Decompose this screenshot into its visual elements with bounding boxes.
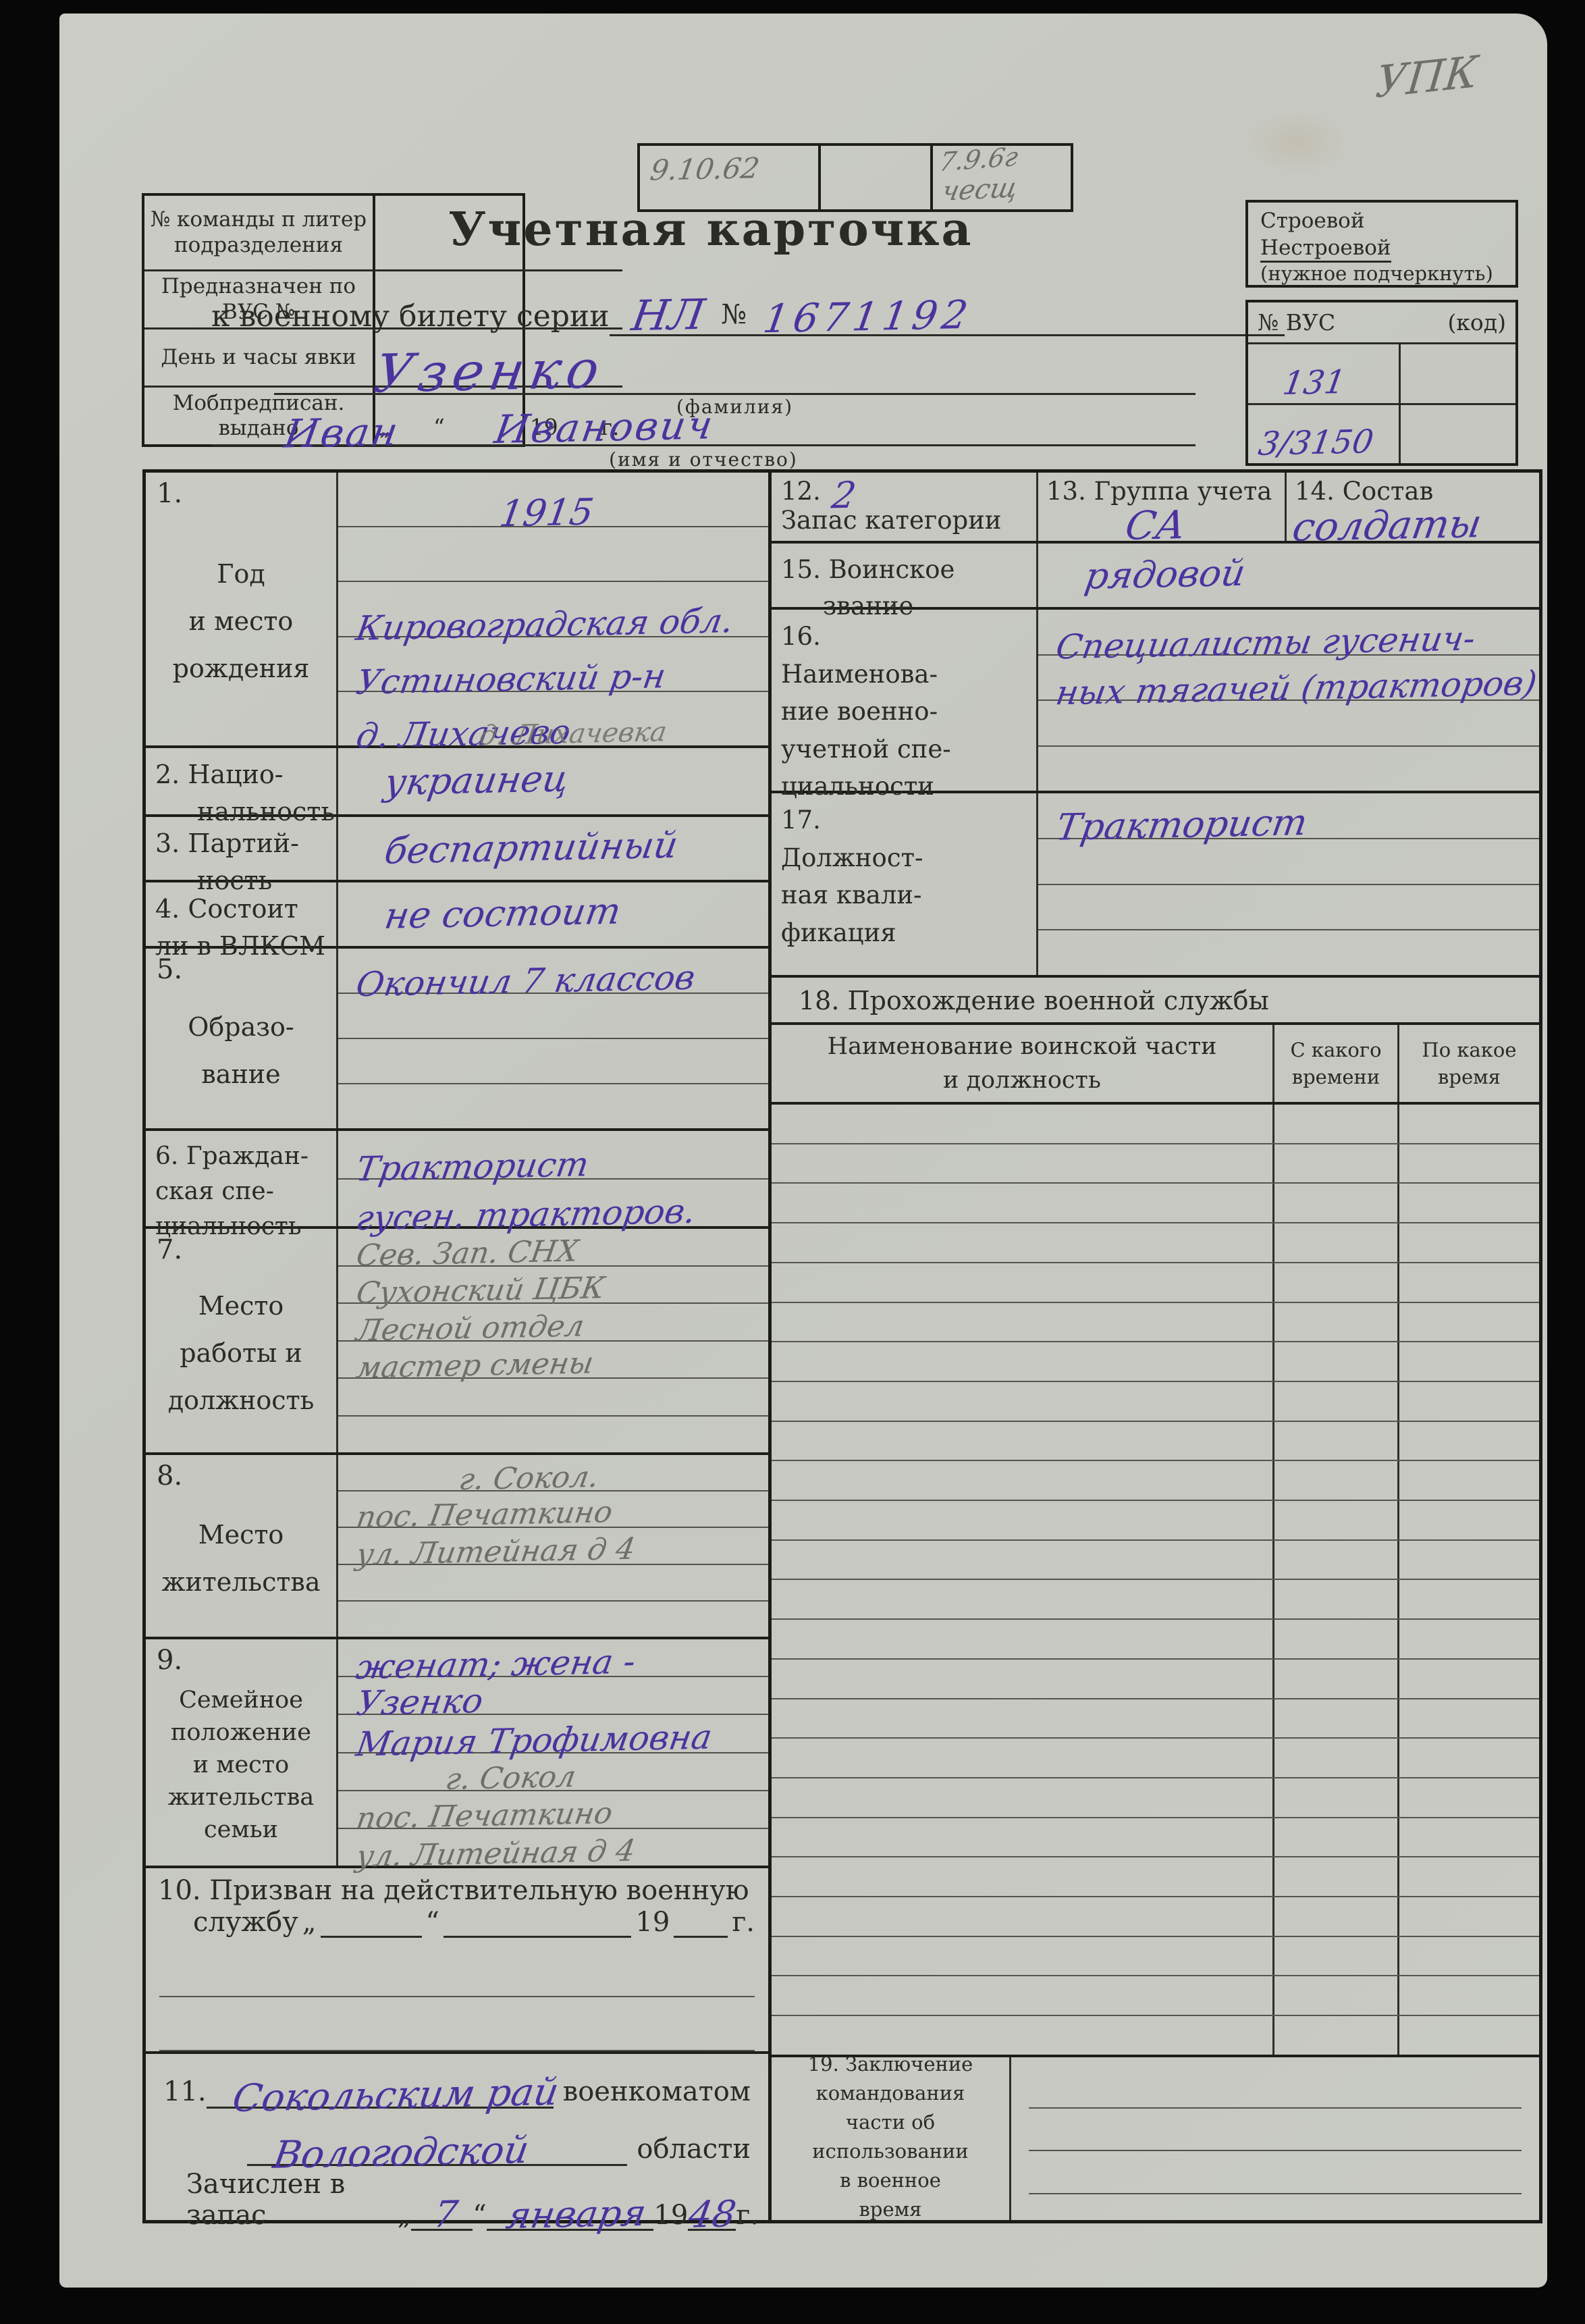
- reserve-year: 48: [686, 2192, 739, 2236]
- section-9-label-line1: Семейное: [146, 1687, 336, 1714]
- name-line: Иван Иванович: [211, 393, 1196, 446]
- section-5-education: 5. Образо- вание Окончил 7 классов: [146, 949, 768, 1131]
- section-7-label-line2: работы и: [146, 1338, 336, 1368]
- reserve-label: Зачислен в запас: [186, 2169, 391, 2231]
- vus-value-cell: 131: [1248, 344, 1399, 405]
- service-col-to-line1: По какое: [1399, 1038, 1539, 1061]
- section-13-label: 13. Группа учета: [1046, 477, 1285, 506]
- service-col-to: По какое время: [1399, 1025, 1539, 1102]
- section-19-label-line6: время: [772, 2198, 1009, 2221]
- section-6-values: Тракторист гусен. тракторов.: [338, 1131, 768, 1226]
- scan-background: УПК 9.10.62 7.9.6г чесщ № команды п лите…: [0, 0, 1585, 2324]
- oblast-name: Вологодской: [270, 2128, 532, 2177]
- section-9-label: 9. Семейное положение и место жительства…: [146, 1639, 338, 1866]
- rank-value: рядовой: [1036, 558, 1247, 592]
- section-12-label: Запас категории: [781, 506, 1036, 535]
- section-3-party: 3. Партий- ность беспартийный: [146, 817, 768, 882]
- date-stamp-box: 9.10.62 7.9.6г чесщ: [637, 143, 1073, 212]
- section-16-values: Специалисты гусенич- ных тягачей (тракто…: [1038, 610, 1539, 791]
- reserve-month: января: [503, 2192, 649, 2237]
- service-table-body: [772, 1105, 1539, 2055]
- section-2-value: украинец: [338, 748, 768, 814]
- reserve-year19: 19: [653, 2200, 688, 2231]
- section-7-workplace: 7. Место работы и должность Сев. Зап. СН…: [146, 1229, 768, 1455]
- section-13-group: 13. Группа учета СА: [1038, 473, 1287, 541]
- section-17-label-line3: фикация: [781, 914, 1031, 952]
- section-16-number: 16.: [781, 618, 1031, 656]
- service-col-to-line2: время: [1399, 1065, 1539, 1088]
- section-2-nationality: 2. Нацио- нальность украинец: [146, 748, 768, 817]
- section-8-values: г. Сокол. пос. Печаткино ул. Литейная д …: [338, 1455, 768, 1637]
- oblast-label: области: [627, 2134, 755, 2166]
- section-1-number: 1.: [146, 473, 336, 509]
- section-7-label: 7. Место работы и должность: [146, 1229, 338, 1452]
- service-col-from-line2: времени: [1274, 1065, 1397, 1088]
- section-2-label: 2. Нацио- нальность: [146, 748, 338, 814]
- section-11-enlistment: 11. Сокольским рай военкоматом Вологодск…: [146, 2054, 768, 2220]
- section-6-label: 6. Граждан- ская спе- циальность: [146, 1131, 338, 1226]
- section-6-civil-specialty: 6. Граждан- ская спе- циальность Трактор…: [146, 1131, 768, 1229]
- section-15-rank: 15. Воинское звание рядовой: [772, 544, 1539, 610]
- page-title: Учетная карточка: [262, 203, 1160, 257]
- section-19-label: 19. Заключение командования части об исп…: [772, 2057, 1011, 2220]
- reserve-g: г.: [736, 2200, 759, 2231]
- group-value: СА: [1123, 502, 1189, 549]
- stamp-cell-date: 9.10.62: [640, 146, 821, 209]
- section-5-label-line1: Образо-: [146, 1012, 336, 1042]
- composition-value: солдаты: [1289, 500, 1484, 550]
- section-7-number: 7.: [146, 1229, 336, 1265]
- name-caption: (имя и отчество): [211, 448, 1196, 471]
- section-10-line2: службу „ “ 19 г.: [146, 1906, 768, 1943]
- section-10-blank1: [321, 1906, 422, 1938]
- section-19-conclusion: 19. Заключение командования части об исп…: [772, 2057, 1539, 2220]
- section-1-label-line2: и место: [146, 606, 336, 636]
- section-10-g: г.: [732, 1907, 755, 1938]
- service-col-from-line1: С какого: [1274, 1038, 1397, 1061]
- section-5-label: 5. Образо- вание: [146, 949, 338, 1128]
- card-paper: УПК 9.10.62 7.9.6г чесщ № команды п лите…: [59, 14, 1547, 2288]
- section-17-values: Тракторист: [1038, 793, 1539, 975]
- section-11-underline1: Сокольским рай: [207, 2054, 554, 2109]
- section-12-reserve: 12. 2 Запас категории: [772, 473, 1038, 541]
- section-14-composition: 14. Состав солдаты: [1287, 473, 1539, 541]
- section-1-birth: 1. Год и место рождения 1915 Кировоградс…: [146, 473, 768, 748]
- section-12-13-14: 12. 2 Запас категории 13. Группа учета С…: [772, 473, 1539, 544]
- section-6-label-line1: 6. Граждан-: [155, 1139, 331, 1174]
- section-10-sluzhbu: службу: [193, 1907, 298, 1938]
- pencil-mark-upk: УПК: [1373, 47, 1480, 108]
- voenkomat-label: военкоматом: [554, 2076, 755, 2109]
- vus-code-cell1: [1401, 344, 1515, 405]
- section-11-number: 11.: [163, 2076, 207, 2109]
- service-col-unit: Наименование воинской части и должность: [772, 1025, 1274, 1102]
- section-4-vlksm: 4. Состоит ли в ВЛКСМ не состоит: [146, 882, 768, 949]
- service-col-unit-line2: и должность: [772, 1067, 1272, 1094]
- section-1-label: 1. Год и место рождения: [146, 473, 338, 745]
- section-4-label-line1: 4. Состоит: [155, 891, 331, 928]
- section-10-quote-open: „: [302, 1907, 317, 1938]
- section-11-line1: 11. Сокольским рай военкоматом: [146, 2054, 768, 2111]
- section-18-service: 18. Прохождение военной службы Наименова…: [772, 978, 1539, 2057]
- reserve-month-blank: января: [487, 2194, 654, 2231]
- reserve-day-blank: 7: [411, 2194, 473, 2231]
- vlksm-value: не состоит: [335, 897, 623, 932]
- nestroevoy-label: Нестроевой: [1260, 236, 1391, 263]
- service-table-header: Наименование воинской части и должность …: [772, 1025, 1539, 1105]
- section-9-family: 9. Семейное положение и место жительства…: [146, 1639, 768, 1868]
- reserve-day: 7: [431, 2193, 460, 2236]
- section-7-label-line1: Место: [146, 1291, 336, 1321]
- section-5-label-line2: вание: [146, 1059, 336, 1089]
- section-19-label-line3: части об: [772, 2111, 1009, 2134]
- right-column: 12. 2 Запас категории 13. Группа учета С…: [772, 473, 1539, 2220]
- left-column: 1. Год и место рождения 1915 Кировоградс…: [146, 473, 772, 2220]
- section-15-value: рядовой: [1038, 544, 1539, 607]
- vus-box-header: № ВУС (код): [1248, 302, 1515, 344]
- nationality-value: украинец: [335, 764, 570, 798]
- section-4-value: не состоит: [338, 882, 768, 946]
- reserve-quote-open: „: [391, 2200, 412, 2231]
- section-17-label-line2: ная квали-: [781, 876, 1031, 914]
- section-17-qualification: 17. Должност- ная квали- фикация Трактор…: [772, 793, 1539, 978]
- section-3-label-line1: 3. Партий-: [155, 825, 331, 862]
- vus-label: № ВУС: [1258, 309, 1335, 336]
- service-col-unit-line1: Наименование воинской части: [772, 1033, 1272, 1060]
- section-12-number: 12.: [781, 477, 1036, 506]
- section-1-label-line1: Год: [146, 559, 336, 589]
- section-9-values: женат; жена - Узенко Мария Трофимовна г.…: [338, 1639, 768, 1866]
- vus-box-body: 131 3/3150: [1248, 344, 1515, 463]
- section-10-year19: 19: [635, 1907, 670, 1938]
- section-15-label-line1: 15. Воинское: [781, 552, 1031, 588]
- section-8-label-line2: жительства: [146, 1567, 336, 1597]
- section-5-number: 5.: [146, 949, 336, 985]
- stroevoy-label: Строевой: [1260, 208, 1506, 235]
- section-11-underline2: Вологодской: [247, 2111, 627, 2166]
- section-15-label: 15. Воинское звание: [772, 544, 1038, 607]
- section-6-label-line2: ская спе-: [155, 1174, 331, 1209]
- section-8-residence: 8. Место жительства г. Сокол. пос. Печат…: [146, 1455, 768, 1639]
- section-9-label-line3: и место: [146, 1751, 336, 1778]
- section-8-label: 8. Место жительства: [146, 1455, 338, 1637]
- section-17-label-line1: Должност-: [781, 839, 1031, 877]
- birth-village-pencil: д. Лихачевка: [477, 716, 669, 751]
- section-17-label: 17. Должност- ная квали- фикация: [772, 793, 1038, 975]
- service-col-from: С какого времени: [1274, 1025, 1399, 1102]
- section-1-label-line3: рождения: [146, 654, 336, 683]
- section-10-blank2: [444, 1906, 631, 1938]
- section-1-values: 1915 Кировоградская обл. Устиновский р-н…: [338, 473, 768, 745]
- section-9-label-line4: жительства: [146, 1784, 336, 1811]
- section-10-quote-close: “: [426, 1907, 439, 1938]
- section-16-label-line1: Наименова-: [781, 656, 1031, 693]
- vus-box: № ВУС (код) 131 3/3150: [1245, 300, 1518, 466]
- section-16-military-specialty: 16. Наименова- ние военно- учетной спе- …: [772, 610, 1539, 793]
- main-table: 1. Год и место рождения 1915 Кировоградс…: [142, 469, 1542, 2223]
- stamp-date: 9.10.62: [648, 151, 761, 186]
- reserve-year-blank: 48: [688, 2194, 736, 2231]
- section-17-number: 17.: [781, 801, 1031, 839]
- card-header: УПК 9.10.62 7.9.6г чесщ № команды п лите…: [59, 14, 1547, 469]
- section-3-value: беспартийный: [338, 817, 768, 880]
- section-9-number: 9.: [146, 1639, 336, 1676]
- section-2-label-line1: 2. Нацио-: [155, 756, 331, 793]
- vus-value2: 3/3150: [1256, 423, 1376, 463]
- vus-value-column: 131 3/3150: [1248, 344, 1401, 463]
- reserve-quote-close: “: [473, 2200, 486, 2231]
- section-19-label-line4: использовании: [772, 2140, 1009, 2163]
- section-16-label-line2: ние военно-: [781, 693, 1031, 731]
- vus-value: 131: [1280, 363, 1348, 402]
- section-8-number: 8.: [146, 1455, 336, 1491]
- section-5-values: Окончил 7 классов: [338, 949, 768, 1128]
- stamp-note-line1: 7.9.6г: [937, 142, 1020, 178]
- party-value: беспартийный: [335, 830, 680, 867]
- section-9-label-line2: положение: [146, 1719, 336, 1746]
- section-19-label-line1: 19. Заключение: [772, 2053, 1009, 2076]
- section-16-label: 16. Наименова- ние военно- учетной спе- …: [772, 610, 1038, 791]
- section-7-values: Сев. Зап. СНХ Сухонский ЦБК Лесной отдел…: [338, 1229, 768, 1452]
- vus-code-label: (код): [1447, 309, 1506, 336]
- underline-note: (нужное подчеркнуть): [1260, 261, 1506, 286]
- stamp-cell-note: 7.9.6г чесщ: [933, 146, 1071, 209]
- section-8-label-line1: Место: [146, 1520, 336, 1550]
- section-19-label-line5: в военное: [772, 2169, 1009, 2192]
- vus-code-column: [1401, 344, 1515, 463]
- section-19-label-line2: командования: [772, 2082, 1009, 2105]
- vus-value2-cell: 3/3150: [1248, 405, 1399, 464]
- vus-code-cell2: [1401, 405, 1515, 464]
- section-19-values: [1011, 2057, 1539, 2220]
- section-10-line1: 10. Призван на действительную военную: [146, 1868, 768, 1906]
- section-18-title: 18. Прохождение военной службы: [772, 978, 1539, 1025]
- section-10-conscription: 10. Призван на действительную военную сл…: [146, 1868, 768, 2054]
- surname-line: Узенко: [274, 325, 1196, 395]
- section-16-label-line3: учетной спе-: [781, 731, 1031, 768]
- section-3-label: 3. Партий- ность: [146, 817, 338, 880]
- section-10-blank3: [674, 1906, 728, 1938]
- section-4-label: 4. Состоит ли в ВЛКСМ: [146, 882, 338, 946]
- section-7-label-line3: должность: [146, 1385, 336, 1415]
- stamp-cell-empty: [821, 146, 933, 209]
- section-9-label-line5: семьи: [146, 1816, 336, 1843]
- section-11-line3: Зачислен в запас „ 7 “ января 19 48 г.: [146, 2169, 768, 2240]
- stroevoy-box: Строевой Нестроевой (нужное подчеркнуть): [1245, 200, 1518, 288]
